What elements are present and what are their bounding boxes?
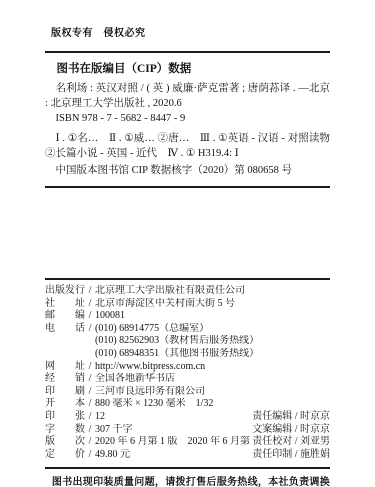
row-separator: / <box>85 449 95 462</box>
row-value: 北京理工大学出版社有限责任公司 <box>95 285 245 298</box>
row-label: 网 址 <box>45 361 85 374</box>
row-label: 电 话 <box>45 323 85 336</box>
colophon-row-website: 网 址/http://www.bitpress.com.cn <box>45 361 330 374</box>
colophon-row-format: 开 本/880 毫米 × 1230 毫米 1/32 <box>45 398 330 411</box>
blank-area <box>45 188 330 278</box>
staff-credit: 责任印制 / 施胜娟 <box>252 449 330 462</box>
row-separator: / <box>85 424 95 437</box>
colophon: 出版发行/北京理工大学出版社有限责任公司 社 址/北京市海淀区中关村南大街 5 … <box>45 285 330 461</box>
colophon-row-phone: 电 话/(010) 68914775（总编室） <box>45 323 330 336</box>
cip-block: 图书在版编目（CIP）数据 名利场 : 英汉对照 / ( 英 ) 威廉·萨克雷著… <box>45 60 330 178</box>
row-separator: / <box>85 298 95 311</box>
row-label: 版 次 <box>45 436 85 449</box>
row-value: 307 千字 <box>95 424 133 437</box>
row-separator: / <box>85 411 95 424</box>
row-separator: / <box>85 310 95 323</box>
row-label: 印 张 <box>45 411 85 424</box>
row-label: 社 址 <box>45 298 85 311</box>
row-value: 三河市良远印务有限公司 <box>95 386 205 399</box>
row-value: 北京市海淀区中关村南大街 5 号 <box>95 298 235 311</box>
row-value: 2020 年 6 月第 1 版 2020 年 6 月第 1 次印刷 <box>95 436 252 449</box>
colophon-row-address: 社 址/北京市海淀区中关村南大街 5 号 <box>45 298 330 311</box>
cip-isbn: ISBN 978 - 7 - 5682 - 8447 - 9 <box>45 111 330 126</box>
colophon-row-phone-3: (010) 68948351（其他图书服务热线） <box>45 348 330 361</box>
row-label: 字 数 <box>45 424 85 437</box>
colophon-row-price: 定 价/49.80 元责任印制 / 施胜娟 <box>45 449 330 462</box>
row-separator: / <box>85 386 95 399</box>
colophon-row-sheets: 印 张/12责任编辑 / 时京京 <box>45 411 330 424</box>
divider-top <box>45 51 330 53</box>
row-value: 12 <box>95 411 105 424</box>
cip-description: 名利场 : 英汉对照 / ( 英 ) 威廉·萨克雷著 ; 唐荫荪译 . —北京 … <box>45 81 330 111</box>
row-value: 100081 <box>95 310 125 323</box>
quality-exchange-notice: 图书出现印装质量问题，请拨打售后服务热线，本社负责调换 <box>45 473 330 487</box>
colophon-row-postcode: 邮 编/100081 <box>45 310 330 323</box>
row-value: 49.80 元 <box>95 449 130 462</box>
row-label: 经 销 <box>45 373 85 386</box>
staff-credit: 文案编辑 / 时京京 <box>252 424 330 437</box>
row-separator: / <box>85 436 95 449</box>
row-label: 定 价 <box>45 449 85 462</box>
colophon-row-wordcount: 字 数/307 千字文案编辑 / 时京京 <box>45 424 330 437</box>
row-value: 全国各地新华书店 <box>95 373 175 386</box>
row-label: 开 本 <box>45 398 85 411</box>
row-label: 印 刷 <box>45 386 85 399</box>
colophon-row-printer: 印 刷/三河市良远印务有限公司 <box>45 386 330 399</box>
staff-credit: 责任校对 / 刘亚男 <box>252 436 330 449</box>
row-separator: / <box>85 285 95 298</box>
colophon-row-publisher: 出版发行/北京理工大学出版社有限责任公司 <box>45 285 330 298</box>
row-separator: / <box>85 361 95 374</box>
divider-before-colophon <box>45 278 330 280</box>
row-value: (010) 68948351（其他图书服务热线） <box>95 348 259 361</box>
divider-bottom <box>45 467 330 469</box>
row-value: 880 毫米 × 1230 毫米 1/32 <box>95 398 213 411</box>
row-separator: / <box>85 323 95 336</box>
row-value: (010) 82562903（教材售后服务热线） <box>95 335 259 348</box>
cip-heading: 图书在版编目（CIP）数据 <box>45 60 330 76</box>
colophon-row-distribution: 经 销/全国各地新华书店 <box>45 373 330 386</box>
copyright-warning: 版权专有 侵权必究 <box>45 24 330 39</box>
cip-record-number: 中国版本图书馆 CIP 数据核字（2020）第 080658 号 <box>45 163 330 178</box>
row-value website-url: http://www.bitpress.com.cn <box>95 361 205 374</box>
row-label: 出版发行 <box>45 285 85 298</box>
staff-credit: 责任编辑 / 时京京 <box>252 411 330 424</box>
book-copyright-page: 版权专有 侵权必究 图书在版编目（CIP）数据 名利场 : 英汉对照 / ( 英… <box>0 0 375 487</box>
row-separator: / <box>85 373 95 386</box>
colophon-row-phone-2: (010) 82562903（教材售后服务热线） <box>45 335 330 348</box>
row-separator: / <box>85 398 95 411</box>
row-value: (010) 68914775（总编室） <box>95 323 209 336</box>
row-label: 邮 编 <box>45 310 85 323</box>
colophon-row-edition: 版 次/2020 年 6 月第 1 版 2020 年 6 月第 1 次印刷责任校… <box>45 436 330 449</box>
cip-classification: Ⅰ . ①名… Ⅱ . ①威… ②唐… Ⅲ . ①英语 - 汉语 - 对照读物 … <box>45 131 330 161</box>
